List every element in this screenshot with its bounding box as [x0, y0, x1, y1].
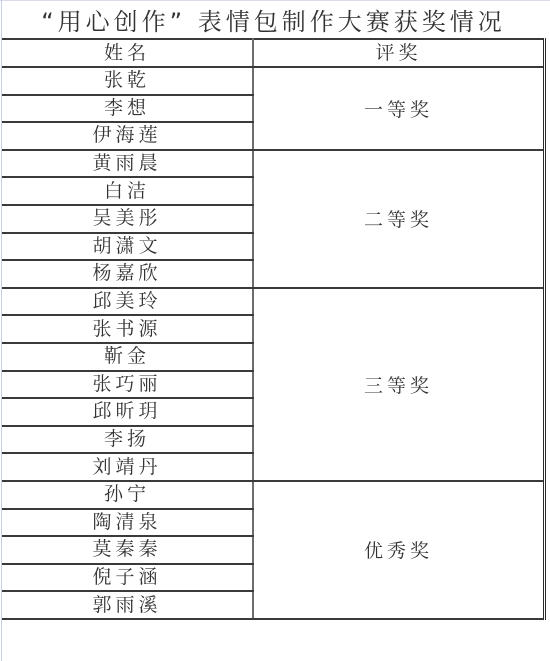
table-row: 张乾 一等奖: [2, 67, 545, 95]
name-cell: 张乾: [2, 67, 253, 95]
name-cell: 李扬: [2, 426, 253, 454]
name-cell: 吴美彤: [2, 205, 253, 233]
award-cell-second: 二等奖: [253, 150, 545, 288]
header-award: 评奖: [253, 39, 545, 67]
name-cell: 李想: [2, 95, 253, 123]
name-cell: 刘靖丹: [2, 453, 253, 481]
name-cell: 陶清泉: [2, 509, 253, 537]
table-row: 邱美玲 三等奖: [2, 288, 545, 316]
award-cell-third: 三等奖: [253, 288, 545, 481]
table-row: 黄雨晨 二等奖: [2, 150, 545, 178]
name-cell: 胡潇文: [2, 233, 253, 261]
table-header-row: 姓名 评奖: [2, 39, 545, 67]
award-sheet: “用心创作” 表情包制作大赛获奖情况 姓名 评奖 张乾 一等奖 李想 伊海莲 黄…: [0, 0, 550, 661]
name-cell: 倪子涵: [2, 564, 253, 592]
name-cell: 莫秦秦: [2, 536, 253, 564]
name-cell: 张巧丽: [2, 371, 253, 399]
name-cell: 孙宁: [2, 481, 253, 509]
name-cell: 郭雨溪: [2, 591, 253, 619]
name-cell: 杨嘉欣: [2, 260, 253, 288]
header-name: 姓名: [2, 39, 253, 67]
name-cell: 靳金: [2, 343, 253, 371]
award-cell-first: 一等奖: [253, 67, 545, 150]
awards-table: 姓名 评奖 张乾 一等奖 李想 伊海莲 黄雨晨 二等奖 白洁: [2, 38, 546, 620]
name-cell: 白洁: [2, 177, 253, 205]
name-cell: 伊海莲: [2, 122, 253, 150]
name-cell: 张书源: [2, 315, 253, 343]
table-row: 孙宁 优秀奖: [2, 481, 545, 509]
name-cell: 黄雨晨: [2, 150, 253, 178]
award-cell-merit: 优秀奖: [253, 481, 545, 619]
page-title: “用心创作” 表情包制作大赛获奖情况: [2, 1, 545, 38]
name-cell: 邱昕玥: [2, 398, 253, 426]
name-cell: 邱美玲: [2, 288, 253, 316]
